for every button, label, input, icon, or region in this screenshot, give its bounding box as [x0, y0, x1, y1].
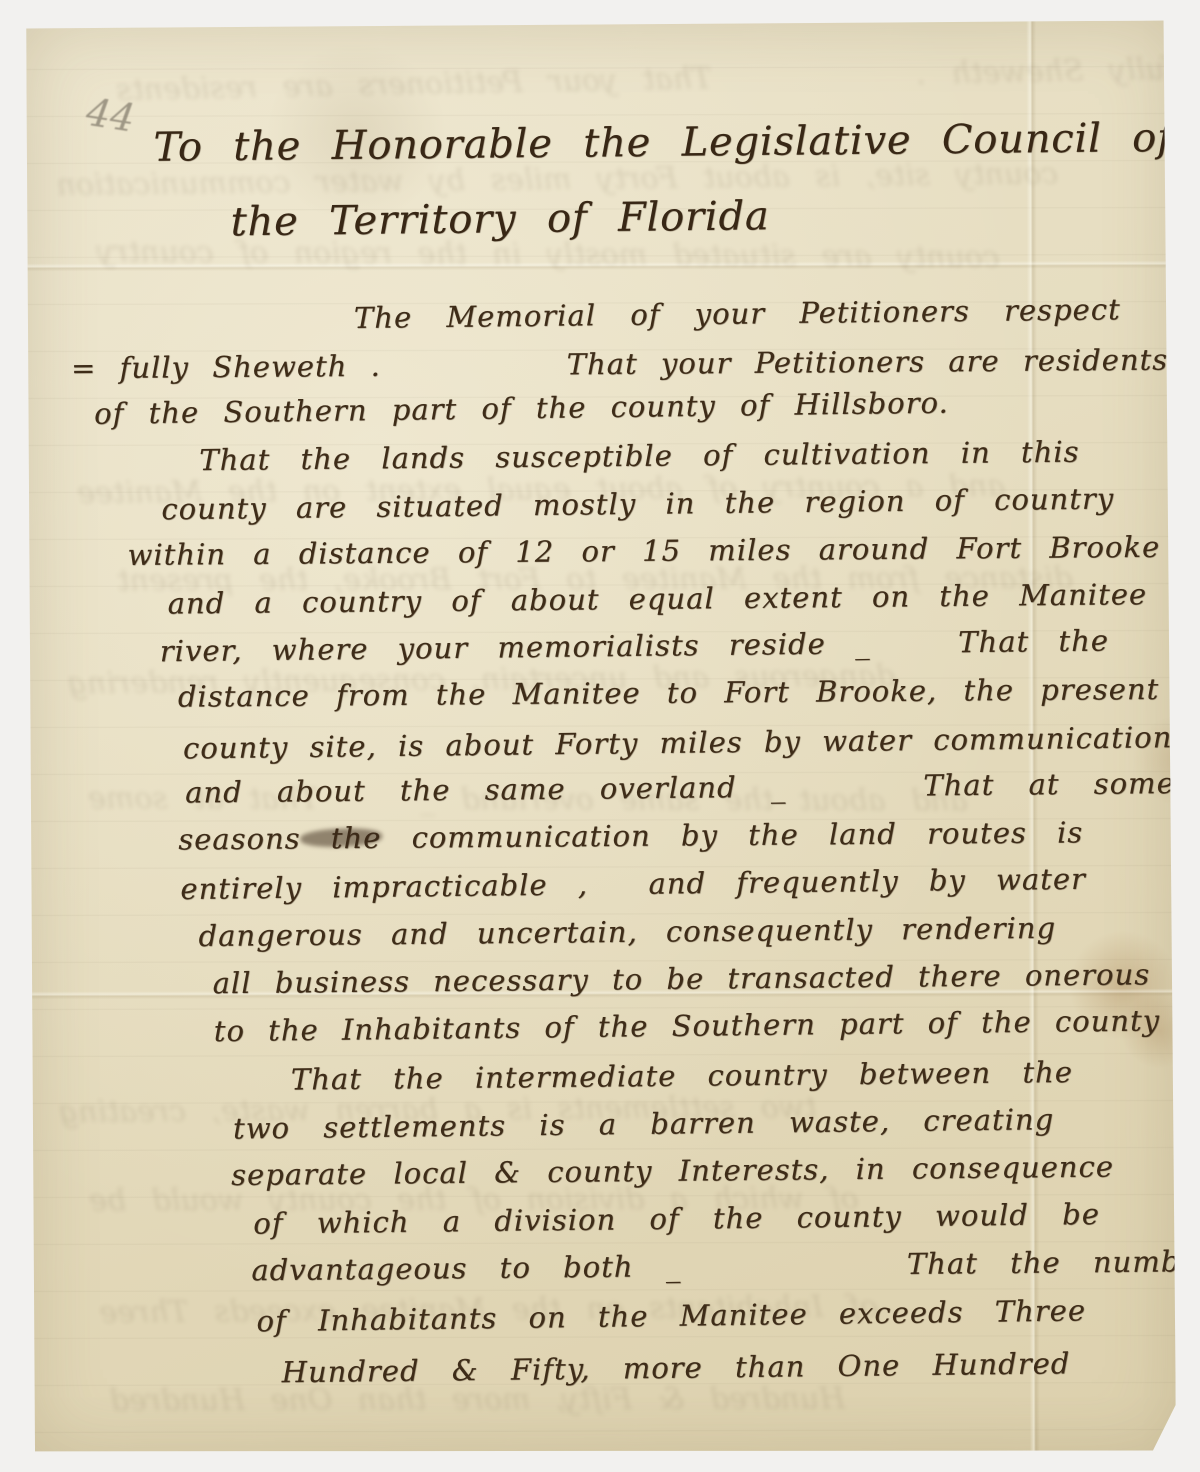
manuscript-line: county site, is about Forty miles by wat… [183, 720, 1173, 765]
manuscript-line: That the lands susceptible of cultivatio… [199, 435, 1080, 477]
manuscript-line: separate local & county Interests, in co… [231, 1150, 1114, 1192]
manuscript-line: The Memorial of your Petitioners respect [354, 292, 1121, 335]
manuscript-line: Hundred & Fifty, more than One Hundred [281, 1346, 1070, 1389]
manuscript-line: = fully Sheweth . That your Petitioners … [71, 343, 1168, 386]
page-number-annotation: 44 [83, 90, 138, 141]
manuscript-line: That the intermediate country between th… [291, 1055, 1073, 1097]
heading-line-1: To the Honorable the Legislative Council… [153, 115, 1173, 171]
horizontal-fold-crease [27, 261, 1173, 272]
manuscript-page: = fully Sheweth . That your Petitioners … [26, 21, 1176, 1454]
heading-line-2: the Territory of Florida [230, 193, 769, 245]
manuscript-line: within a distance of 12 or 15 miles arou… [127, 530, 1160, 572]
manuscript-line: dangerous and uncertain, consequently re… [198, 911, 1056, 953]
manuscript-body-text: The Memorial of your Petitioners respect… [26, 21, 1172, 24]
manuscript-line: all business necessary to be transacted … [212, 957, 1150, 1000]
ink-bleedthrough-line: = fully Sheweth . That your Petitioners … [116, 51, 1200, 108]
manuscript-line: distance from the Manitee to Fort Brooke… [178, 672, 1160, 714]
manuscript-line: river, where your memorialists reside _ … [160, 624, 1110, 669]
manuscript-line: county are situated mostly in the region… [161, 481, 1114, 526]
manuscript-line: and a country of about equal extent on t… [167, 577, 1147, 620]
manuscript-line: of which a division of the county would … [253, 1197, 1100, 1241]
manuscript-line: two settlements is a barren waste, creat… [233, 1102, 1055, 1145]
manuscript-line: of the Southern part of the county of Hi… [94, 386, 949, 431]
manuscript-line: of Inhabitants on the Manitee exceeds Th… [256, 1293, 1086, 1338]
manuscript-line: to the Inhabitants of the Southern part … [214, 1003, 1161, 1048]
manuscript-line: entirely impracticable , and frequently … [180, 862, 1086, 906]
manuscript-line: and about the same overland _ That at so… [185, 766, 1175, 809]
ink-bleedthrough-layer: = fully Sheweth . That your Petitioners … [26, 21, 1172, 24]
manuscript-line: advantageous to both _ That the number [251, 1244, 1200, 1287]
